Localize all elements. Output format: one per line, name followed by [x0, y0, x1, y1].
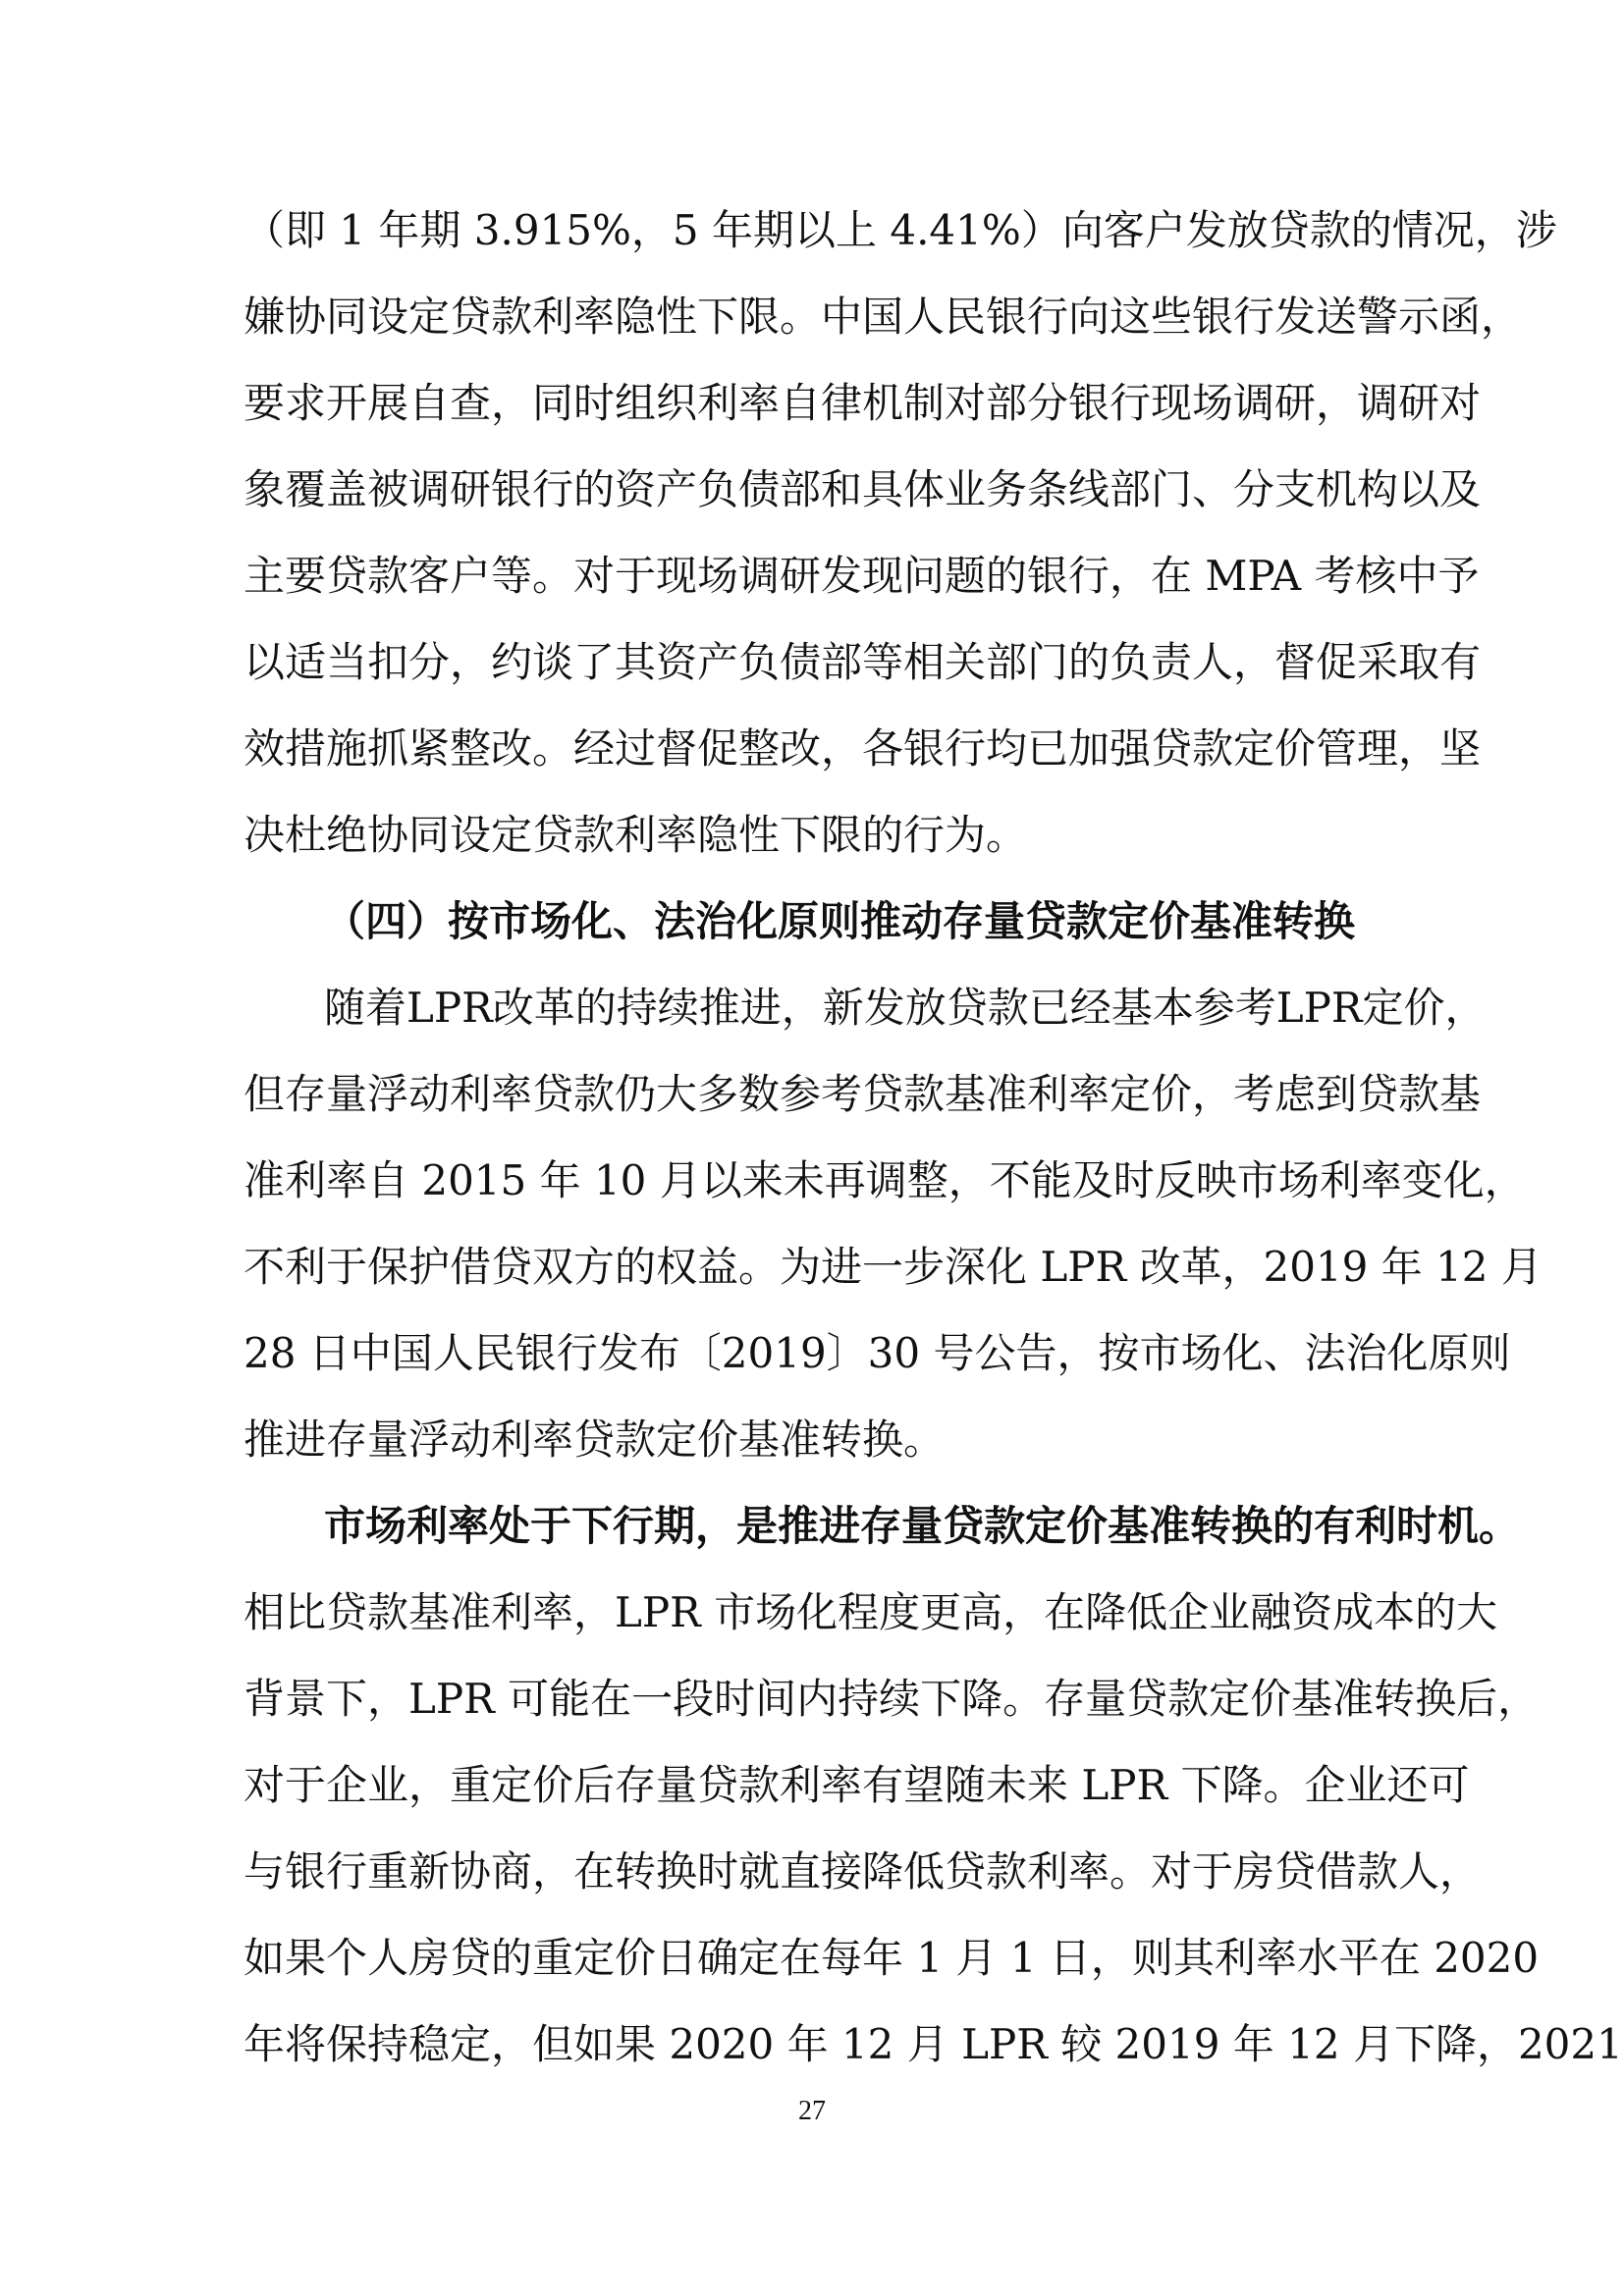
text-line: 不利于保护借贷双方的权益。为进一步深化 LPR 改革，2019 年 12 月	[244, 1238, 1412, 1297]
page-number: 27	[0, 2096, 1624, 2127]
text-line: 准利率自 2015 年 10 月以来未再调整，不能及时反映市场利率变化，	[244, 1151, 1412, 1210]
text-line: 对于企业，重定价后存量贷款利率有望随未来 LPR 下降。企业还可	[244, 1756, 1412, 1815]
text-line: 象覆盖被调研银行的资产负债部和具体业务条线部门、分支机构以及	[244, 460, 1412, 519]
text-line: 效措施抓紧整改。经过督促整改，各银行均已加强贷款定价管理，坚	[244, 720, 1412, 778]
text-line: 决杜绝协同设定贷款利率隐性下限的行为。	[244, 806, 1412, 865]
text-line: 28 日中国人民银行发布〔2019〕30 号公告，按市场化、法治化原则	[244, 1324, 1412, 1383]
text-line: 与银行重新协商，在转换时就直接降低贷款利率。对于房贷借款人，	[244, 1842, 1412, 1901]
text-line: 年将保持稳定，但如果 2020 年 12 月 LPR 较 2019 年 12 月…	[244, 2015, 1412, 2074]
section-heading: （四）按市场化、法治化原则推动存量贷款定价基准转换	[324, 892, 1404, 951]
text-line: 但存量浮动利率贷款仍大多数参考贷款基准利率定价，考虑到贷款基	[244, 1065, 1412, 1124]
text-line: 如果个人房贷的重定价日确定在每年 1 月 1 日，则其利率水平在 2020	[244, 1929, 1412, 1988]
text-line: （即 1 年期 3.915%，5 年期以上 4.41%）向客户发放贷款的情况，涉	[244, 201, 1412, 260]
text-line: 随着LPR改革的持续推进，新发放贷款已经基本参考LPR定价，	[324, 979, 1412, 1038]
text-line: 嫌协同设定贷款利率隐性下限。中国人民银行向这些银行发送警示函，	[244, 288, 1412, 347]
text-line: 推进存量浮动利率贷款定价基准转换。	[244, 1411, 1412, 1469]
bold-lead-sentence: 市场利率处于下行期，是推进存量贷款定价基准转换的有利时机。	[324, 1497, 1412, 1556]
text-line: 以适当扣分，约谈了其资产负债部等相关部门的负责人，督促采取有	[244, 633, 1412, 692]
document-page: （即 1 年期 3.915%，5 年期以上 4.41%）向客户发放贷款的情况，涉…	[0, 0, 1624, 2296]
text-line: 相比贷款基准利率，LPR 市场化程度更高，在降低企业融资成本的大	[244, 1583, 1412, 1642]
text-line: 背景下，LPR 可能在一段时间内持续下降。存量贷款定价基准转换后，	[244, 1670, 1412, 1729]
text-line: 要求开展自查，同时组织利率自律机制对部分银行现场调研，调研对	[244, 374, 1412, 433]
text-line: 主要贷款客户等。对于现场调研发现问题的银行，在 MPA 考核中予	[244, 547, 1412, 606]
